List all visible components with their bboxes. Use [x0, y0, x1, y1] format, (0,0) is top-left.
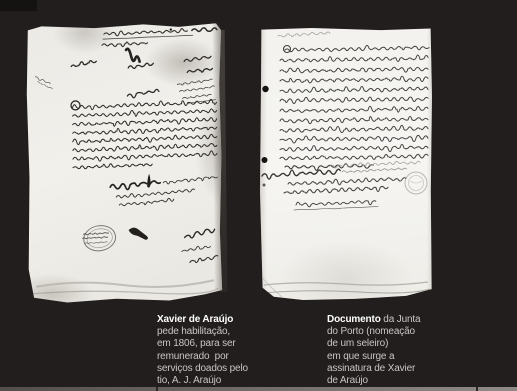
caption-lead: Documento [327, 314, 381, 325]
ink-speck [170, 28, 172, 30]
corner-fold-line [260, 275, 282, 297]
column-tick-left [156, 387, 158, 391]
right-caption: Documento da Junta do Porto (nomeação de… [327, 314, 429, 387]
caption-line: tio, A. J. Araújo [157, 375, 259, 387]
column-tick-right [476, 387, 478, 391]
caption-line: em 1806, para ser [157, 338, 259, 350]
paper-curl-crease [36, 280, 214, 288]
ink-flourish-mark [147, 174, 150, 188]
paper-crease [264, 282, 428, 285]
caption-line: assinatura de Xavier [327, 363, 429, 375]
magazine-page: Xavier de Araújo pede habilitação, em 18… [0, 0, 517, 391]
caption-lead: Xavier de Araújo [157, 314, 233, 325]
right-document-photo [260, 28, 432, 300]
caption-line: do Porto (nomeação [327, 326, 429, 338]
hole-punch-top [262, 86, 268, 92]
paper-crease-lower [262, 289, 430, 293]
left-document-handwriting [26, 23, 224, 303]
caption-lead-line: Xavier de Araújo [157, 314, 259, 326]
caption-line: de Araújo [327, 375, 429, 387]
hole-punch-bottom [262, 157, 268, 163]
page-bottom-rule [0, 387, 517, 391]
ink-blot [129, 228, 148, 240]
paper-curl-shadow [33, 288, 218, 295]
caption-line: em que surge a [327, 351, 429, 363]
left-document-photo [26, 23, 224, 303]
caption-line: remunerado por [157, 351, 259, 363]
left-caption: Xavier de Araújo pede habilitação, em 18… [157, 314, 259, 387]
caption-lead-rest: da Junta [381, 314, 421, 325]
caption-line: de um seleiro) [327, 338, 429, 350]
caption-lead-line: Documento da Junta [327, 314, 429, 326]
caption-line: pede habilitação, [157, 326, 259, 338]
right-document-handwriting [260, 28, 432, 300]
small-dot-mark [263, 184, 266, 187]
faint-round-seal [405, 172, 427, 194]
page-corner-shade [0, 0, 37, 11]
caption-line: serviços doados pelo [157, 363, 259, 375]
